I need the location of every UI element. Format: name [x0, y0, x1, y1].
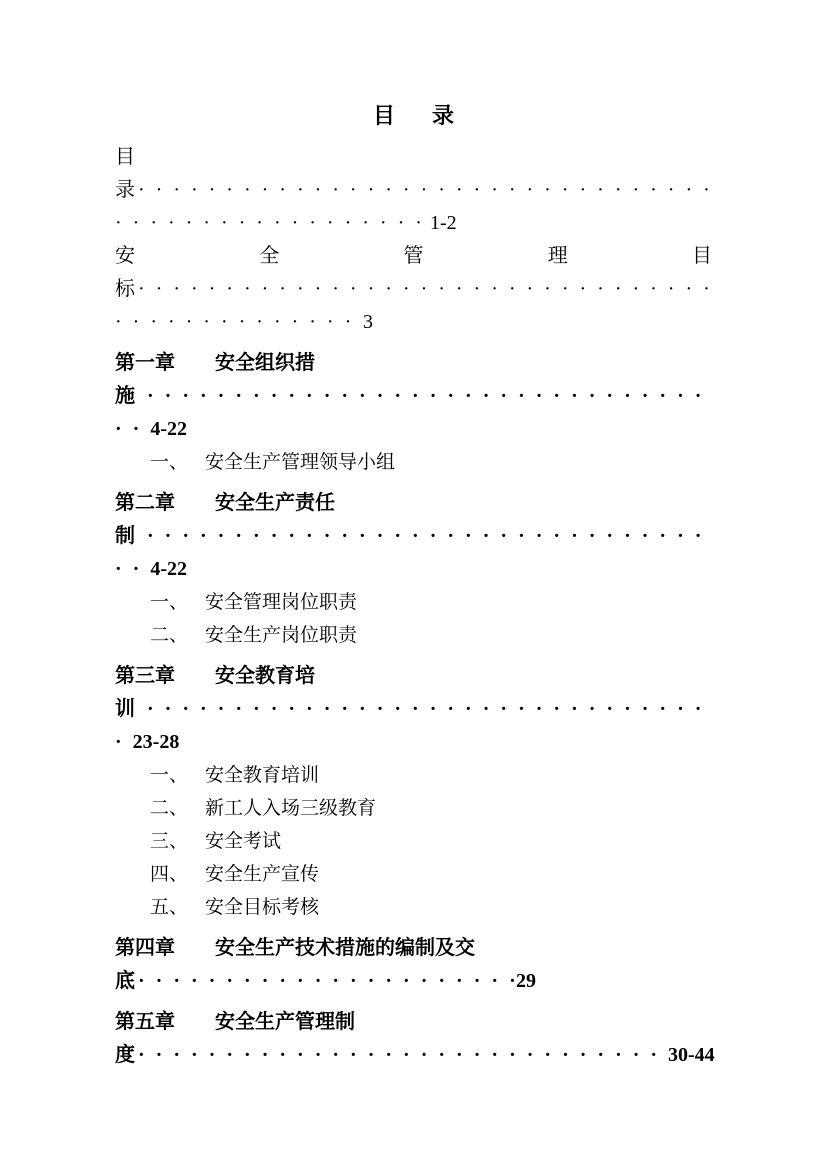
dot-leader: ··························· — [138, 965, 516, 998]
subitem-text: 安全管理岗位职责 — [205, 586, 357, 619]
page-number: 3 — [363, 306, 373, 339]
page-number: 30-44 — [668, 1039, 715, 1072]
toc-page-body: 目 录 目 录 ································… — [115, 98, 712, 1072]
chapter-heading: 第四章 安全生产技术措施的编制及交 — [115, 932, 712, 965]
entry-text: 全 — [259, 240, 279, 273]
chapter-title: 安全生产责任 — [215, 487, 335, 520]
toc-title: 目 录 — [115, 98, 712, 134]
chapter-number: 第四章 — [115, 932, 175, 965]
toc-subitem: 五、 安全目标考核 — [115, 891, 712, 924]
entry-text: 管 — [404, 240, 424, 273]
subitem-number: 二、 — [150, 792, 188, 825]
toc-subitem: 二、 安全生产岗位职责 — [115, 619, 712, 652]
toc-subitem: 一、 安全生产管理领导小组 — [115, 446, 712, 479]
chapter-number: 第一章 — [115, 347, 175, 380]
dot-leader-line: 录 ······································… — [115, 174, 712, 207]
chapter-heading: 第五章 安全生产管理制 — [115, 1006, 712, 1039]
dot-leader: ················· — [115, 306, 363, 339]
chapter-heading: 第二章 安全生产责任 — [115, 487, 712, 520]
dot-leader: ·· — [115, 553, 150, 586]
toc-line: 安 全 管 理 目 — [115, 240, 712, 273]
document-page: { "document": { "title": { "part1": "目",… — [0, 0, 827, 1170]
subitem-number: 一、 — [150, 446, 188, 479]
toc-subitem: 二、 新工人入场三级教育 — [115, 792, 712, 825]
dot-leader: ········································… — [147, 693, 712, 726]
chapter-number: 第五章 — [115, 1006, 175, 1039]
toc-subitem: 一、 安全教育培训 — [115, 759, 712, 792]
entry-text: 录 — [115, 174, 135, 207]
page-number-line: ················· 3 — [115, 306, 712, 339]
page-number-line: ·· 4-22 — [115, 413, 712, 446]
dot-leader: ········································… — [147, 520, 712, 553]
dot-leader: ·· — [115, 413, 150, 446]
toc-subitem: 四、 安全生产宣传 — [115, 858, 712, 891]
subitem-number: 二、 — [150, 619, 188, 652]
page-number: 29 — [516, 965, 536, 998]
page-number-line: ·· 4-22 — [115, 553, 712, 586]
subitem-number: 四、 — [150, 858, 188, 891]
subitem-text: 安全教育培训 — [205, 759, 319, 792]
dot-leader-line: 制 ······································… — [115, 520, 712, 553]
toc-line: 目 — [115, 141, 712, 174]
subitem-number: 一、 — [150, 759, 188, 792]
dot-leader: ····················· — [115, 207, 430, 240]
subitem-text: 安全考试 — [205, 825, 281, 858]
subitem-text: 安全生产宣传 — [205, 858, 319, 891]
entry-text: 施 — [115, 380, 135, 413]
chapter-title: 安全组织措 — [215, 347, 315, 380]
toc-subitem: 三、 安全考试 — [115, 825, 712, 858]
subitem-text: 新工人入场三级教育 — [205, 792, 376, 825]
chapter-title: 安全生产管理制 — [215, 1006, 355, 1039]
entry-text: 训 — [115, 693, 135, 726]
chapter-number: 第三章 — [115, 660, 175, 693]
page-number: 1-2 — [430, 207, 457, 240]
toc-subitem: 一、 安全管理岗位职责 — [115, 586, 712, 619]
subitem-number: 五、 — [150, 891, 188, 924]
page-number-line: 度 ···································· 3… — [115, 1039, 712, 1072]
entry-text: 底 — [115, 965, 135, 998]
page-number: 4-22 — [150, 413, 187, 446]
entry-text: 目 — [692, 240, 712, 273]
entry-text: 理 — [548, 240, 568, 273]
dot-leader: · — [115, 726, 133, 759]
entry-text: 安 — [115, 240, 135, 273]
entry-text: 目 — [115, 141, 135, 174]
subitem-number: 三、 — [150, 825, 188, 858]
toc-title-text: 录 — [432, 98, 454, 134]
dot-leader-line: 训 ······································… — [115, 693, 712, 726]
subitem-text: 安全生产管理领导小组 — [205, 446, 395, 479]
toc-title-text: 目 — [373, 98, 395, 134]
entry-text: 制 — [115, 520, 135, 553]
page-number-line: ····················· 1-2 — [115, 207, 712, 240]
entry-text: 度 — [115, 1039, 135, 1072]
page-number-line: · 23-28 — [115, 726, 712, 759]
dot-leader: ···································· — [138, 1039, 668, 1072]
chapter-number: 第二章 — [115, 487, 175, 520]
subitem-number: 一、 — [150, 586, 188, 619]
dot-leader-line: 施 ······································… — [115, 380, 712, 413]
chapter-title: 安全教育培 — [215, 660, 315, 693]
chapter-heading: 第一章 安全组织措 — [115, 347, 712, 380]
entry-text: 标 — [115, 273, 135, 306]
subitem-text: 安全生产岗位职责 — [205, 619, 357, 652]
dot-leader: ········································… — [138, 174, 712, 207]
subitem-text: 安全目标考核 — [205, 891, 319, 924]
page-number-line: 底 ··························· 29 — [115, 965, 712, 998]
dot-leader-line: 标 ······································… — [115, 273, 712, 306]
dot-leader: ········································… — [138, 273, 712, 306]
dot-leader: ········································… — [147, 380, 712, 413]
chapter-heading: 第三章 安全教育培 — [115, 660, 712, 693]
page-number: 23-28 — [133, 726, 180, 759]
chapter-title: 安全生产技术措施的编制及交 — [215, 932, 475, 965]
page-number: 4-22 — [150, 553, 187, 586]
